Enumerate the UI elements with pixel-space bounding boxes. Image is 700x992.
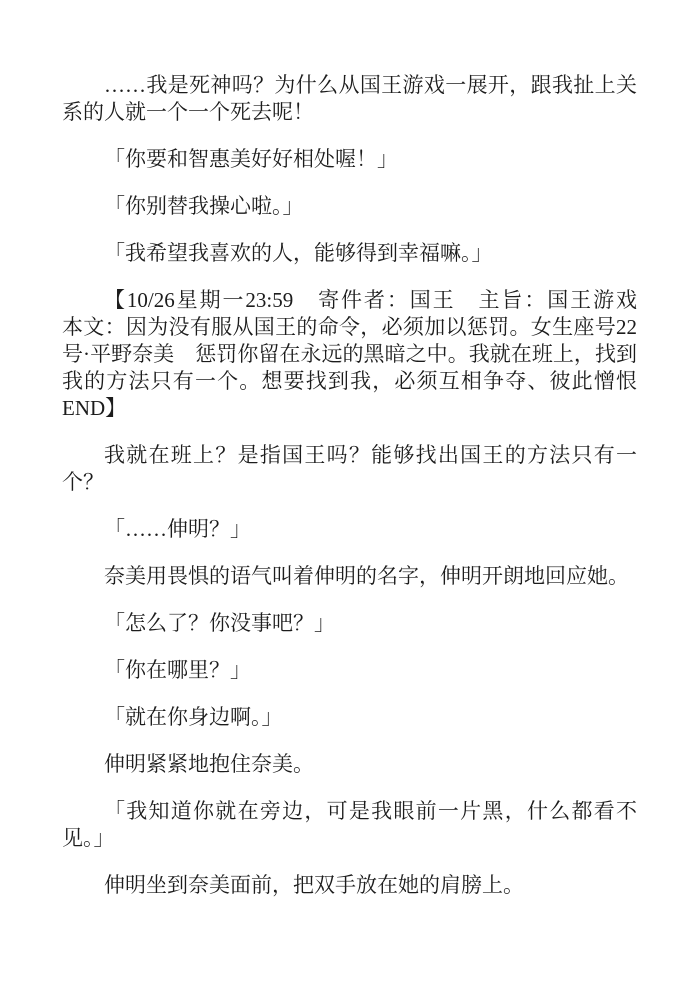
paragraph: 「就在你身边啊。」 (62, 704, 637, 731)
paragraph: 伸明紧紧地抱住奈美。 (62, 751, 637, 778)
paragraph: 「……伸明？」 (62, 516, 637, 543)
paragraph: 奈美用畏惧的语气叫着伸明的名字，伸明开朗地回应她。 (62, 563, 637, 590)
paragraph: 「怎么了？你没事吧？」 (62, 610, 637, 637)
document-page: ……我是死神吗？为什么从国王游戏一展开，跟我扯上关系的人就一个一个死去呢！「你要… (0, 0, 700, 992)
paragraph: 【10/26星期一23:59 寄件者：国王 主旨：国王游戏 本文：因为没有服从国… (62, 287, 637, 422)
paragraph: ……我是死神吗？为什么从国王游戏一展开，跟我扯上关系的人就一个一个死去呢！ (62, 72, 637, 126)
paragraph: 「你别替我操心啦。」 (62, 193, 637, 220)
paragraph: 我就在班上？是指国王吗？能够找出国王的方法只有一个？ (62, 442, 637, 496)
paragraph: 「我希望我喜欢的人，能够得到幸福嘛。」 (62, 240, 637, 267)
paragraph: 「你要和智惠美好好相处喔！」 (62, 146, 637, 173)
paragraph: 「你在哪里？」 (62, 657, 637, 684)
paragraph: 「我知道你就在旁边，可是我眼前一片黑，什么都看不见。」 (62, 798, 637, 852)
page-text: ……我是死神吗？为什么从国王游戏一展开，跟我扯上关系的人就一个一个死去呢！「你要… (62, 72, 637, 899)
paragraph: 伸明坐到奈美面前，把双手放在她的肩膀上。 (62, 872, 637, 899)
